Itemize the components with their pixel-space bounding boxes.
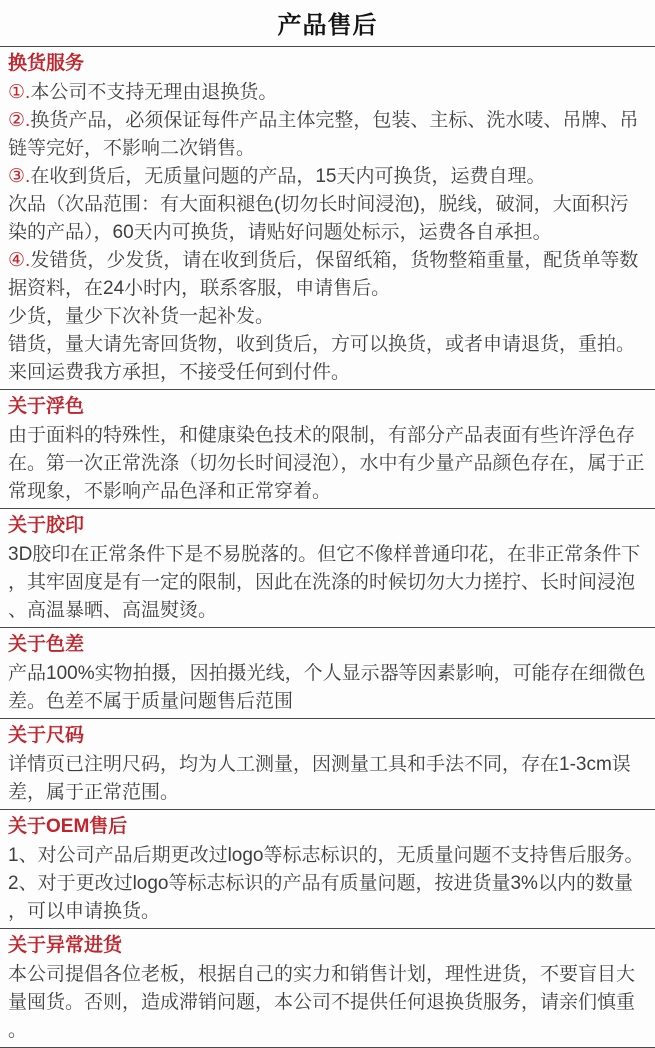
- item-number-marker: ③.: [8, 166, 30, 187]
- section-heading: 关于浮色: [8, 395, 647, 419]
- section-heading: 关于异常进货: [8, 934, 647, 958]
- paragraph-text: 错货，量大请先寄回货物，收到货后，方可以换货，或者申请退货，重拍。来回运费我方承…: [8, 334, 635, 383]
- section-heading: 关于色差: [8, 633, 647, 657]
- policy-paragraph: 3D胶印在正常条件下是不易脱落的。但它不像样普通印花，在非正常条件下，其牢固度是…: [8, 541, 647, 625]
- policy-section: 换货服务 ①.本公司不支持无理由退换货。②.换货产品，必须保证每件产品主体完整，…: [0, 47, 655, 390]
- policy-paragraph: 详情页已注明尺码，均为人工测量，因测量工具和手法不同，存在1-3cm误差，属于正…: [8, 751, 647, 807]
- section-heading: 关于OEM售后: [8, 815, 647, 839]
- policy-paragraph: ②.换货产品，必须保证每件产品主体完整，包装、主标、洗水唛、吊牌、吊链等完好，不…: [8, 107, 647, 163]
- policy-paragraph: 产品100%实物拍摄，因拍摄光线，个人显示器等因素影响，可能存在细微色差。色差不…: [8, 660, 647, 716]
- paragraph-text: 少货，量少下次补货一起补发。: [8, 306, 274, 327]
- policy-section: 关于OEM售后 1、对公司产品后期更改过logo等标志标识的，无质量问题不支持售…: [0, 810, 655, 929]
- section-heading: 关于胶印: [8, 514, 647, 538]
- paragraph-text: 产品100%实物拍摄，因拍摄光线，个人显示器等因素影响，可能存在细微色差。色差不…: [8, 663, 646, 712]
- policy-paragraph: 错货，量大请先寄回货物，收到货后，方可以换货，或者申请退货，重拍。来回运费我方承…: [8, 331, 647, 387]
- policy-paragraph: 2、对于更改过logo等标志标识的产品有质量问题，按进货量3%以内的数量，可以申…: [8, 870, 647, 926]
- policy-paragraph: 次品（次品范围：有大面积褪色(切勿长时间浸泡)，脱线，破洞，大面积污染的产品），…: [8, 191, 647, 247]
- policy-section: 关于浮色 由于面料的特殊性，和健康染色技术的限制，有部分产品表面有些许浮色存在。…: [0, 390, 655, 509]
- paragraph-text: 由于面料的特殊性，和健康染色技术的限制，有部分产品表面有些许浮色存在。第一次正常…: [8, 425, 645, 502]
- paragraph-text: 2、对于更改过logo等标志标识的产品有质量问题，按进货量3%以内的数量，可以申…: [8, 873, 633, 922]
- paragraph-text: 本公司提倡各位老板，根据自己的实力和销售计划，理性进货，不要盲目大量囤货。否则，…: [8, 964, 635, 1041]
- section-heading: 关于尺码: [8, 724, 647, 748]
- policy-paragraph: 1、对公司产品后期更改过logo等标志标识的，无质量问题不支持售后服务。: [8, 842, 647, 870]
- paragraph-text: 换货产品，必须保证每件产品主体完整，包装、主标、洗水唛、吊牌、吊链等完好，不影响…: [8, 110, 638, 159]
- paragraph-text: 本公司不支持无理由退换货。: [30, 82, 277, 103]
- policy-paragraph: 少货，量少下次补货一起补发。: [8, 303, 647, 331]
- item-number-marker: ①.: [8, 82, 30, 103]
- policy-section: 关于色差 产品100%实物拍摄，因拍摄光线，个人显示器等因素影响，可能存在细微色…: [0, 628, 655, 719]
- policy-paragraph: ③.在收到货后，无质量问题的产品，15天内可换货，运费自理。: [8, 163, 647, 191]
- paragraph-text: 详情页已注明尺码，均为人工测量，因测量工具和手法不同，存在1-3cm误差，属于正…: [8, 754, 631, 803]
- paragraph-text: 在收到货后，无质量问题的产品，15天内可换货，运费自理。: [30, 166, 545, 187]
- policy-paragraph: 由于面料的特殊性，和健康染色技术的限制，有部分产品表面有些许浮色存在。第一次正常…: [8, 422, 647, 506]
- after-sales-notice-page: 产品售后 换货服务 ①.本公司不支持无理由退换货。②.换货产品，必须保证每件产品…: [0, 0, 655, 1048]
- page-title: 产品售后: [0, 0, 655, 46]
- policy-paragraph: ①.本公司不支持无理由退换货。: [8, 79, 647, 107]
- paragraph-text: 次品（次品范围：有大面积褪色(切勿长时间浸泡)，脱线，破洞，大面积污染的产品），…: [8, 194, 629, 243]
- sections-container: 换货服务 ①.本公司不支持无理由退换货。②.换货产品，必须保证每件产品主体完整，…: [0, 46, 655, 1048]
- policy-paragraph: 本公司提倡各位老板，根据自己的实力和销售计划，理性进货，不要盲目大量囤货。否则，…: [8, 961, 647, 1045]
- policy-section: 关于胶印 3D胶印在正常条件下是不易脱落的。但它不像样普通印花，在非正常条件下，…: [0, 509, 655, 628]
- item-number-marker: ②.: [8, 110, 30, 131]
- paragraph-text: 发错货，少发货，请在收到货后，保留纸箱，货物整箱重量，配货单等数据资料，在24小…: [8, 250, 638, 299]
- policy-section: 关于尺码 详情页已注明尺码，均为人工测量，因测量工具和手法不同，存在1-3cm误…: [0, 719, 655, 810]
- paragraph-text: 1、对公司产品后期更改过logo等标志标识的，无质量问题不支持售后服务。: [8, 845, 644, 866]
- section-heading: 换货服务: [8, 52, 647, 76]
- policy-paragraph: ④.发错货，少发货，请在收到货后，保留纸箱，货物整箱重量，配货单等数据资料，在2…: [8, 247, 647, 303]
- paragraph-text: 3D胶印在正常条件下是不易脱落的。但它不像样普通印花，在非正常条件下，其牢固度是…: [8, 544, 640, 621]
- policy-section: 关于异常进货 本公司提倡各位老板，根据自己的实力和销售计划，理性进货，不要盲目大…: [0, 929, 655, 1048]
- item-number-marker: ④.: [8, 250, 30, 271]
